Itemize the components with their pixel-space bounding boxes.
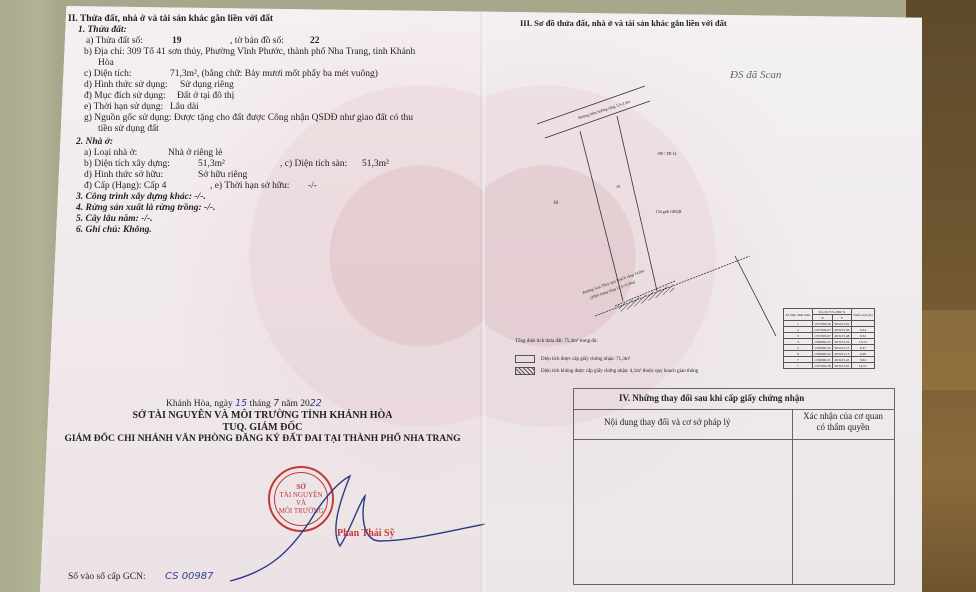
land-heading: 1. Thửa đất: <box>78 25 127 36</box>
house-type-value: Nhà ở riêng lẻ <box>168 148 222 159</box>
tuq-director: TUQ. GIÁM ĐỐC <box>40 422 485 433</box>
date-month-label: tháng <box>250 399 271 409</box>
floor-area-value: 51,3m² <box>362 159 389 170</box>
authority-confirm-header: Xác nhận của cơ quan <box>792 411 894 422</box>
table-cell: 603215,48 <box>833 333 852 339</box>
hatched-legend-icon <box>515 367 535 375</box>
table-cell: 603215,61 <box>833 321 852 327</box>
table-cell: 1356990,21 <box>812 357 832 363</box>
table-cell: 1357004,36 <box>812 363 832 369</box>
table-cell: 1 <box>784 363 813 369</box>
origin-cont: tiền sử dụng đất <box>98 124 159 135</box>
other-construction: 3. Công trình xây dựng khác: -/-. <box>76 192 206 203</box>
gcn-register-number: CS 00987 <box>165 571 214 582</box>
section-iii-title: III. Sơ đồ thửa đất, nhà ở và tài sản kh… <box>520 18 727 29</box>
signature-icon <box>190 461 485 591</box>
plain-legend-icon <box>515 355 535 363</box>
date-year: 22 <box>310 398 322 409</box>
notes: 6. Ghi chú: Không. <box>76 225 152 236</box>
change-content-header: Nội dung thay đổi và cơ sở pháp lý <box>604 417 731 428</box>
address-cont: Hòa <box>98 58 114 69</box>
legend-text: Diện tích không được cấp giấy chứng nhận… <box>541 369 698 374</box>
address: b) Địa chỉ: 309 Tổ 41 sơn thủy, Phường V… <box>84 47 415 58</box>
table-cell: 603215,61 <box>833 363 852 369</box>
left-neighbor-label: 18 <box>553 198 558 209</box>
changes-table-header-row: Nội dung thay đổi và cơ sở pháp lý Xác n… <box>574 409 894 440</box>
use-purpose-label: đ) Mục đích sử dụng: <box>84 91 166 102</box>
boundary-note: Chỉ giới GBQH <box>656 206 681 217</box>
col-header: Số hiệu đỉnh thửa <box>784 309 813 321</box>
table-cell: 1357004,36 <box>812 321 832 327</box>
date-day: 15 <box>235 398 247 409</box>
column-divider <box>792 409 793 584</box>
col-header: Chiều dài (m) <box>851 309 874 321</box>
planted-forest: 4. Rừng sản xuất là rừng trồng: -/-. <box>76 203 215 214</box>
use-form-value: Sử dụng riêng <box>180 80 234 91</box>
legend-certified-area: Diện tích được cấp giấy chứng nhận: 71,3… <box>515 354 630 365</box>
ownership-term-label: , e) Thời hạn sở hữu: <box>210 181 289 192</box>
use-term-value: Lâu dài <box>170 102 199 113</box>
build-area-label: b) Diện tích xây dựng: <box>84 159 170 170</box>
land-certificate-sheet: II. Thửa đất, nhà ở và tài sản khác gắn … <box>40 6 922 592</box>
director-title: GIÁM ĐỐC CHI NHÁNH VĂN PHÒNG ĐĂNG KÝ ĐẤT… <box>40 434 485 445</box>
area-label: c) Diện tích: <box>84 69 131 80</box>
date-prefix: Khánh Hòa, ngày <box>166 399 233 409</box>
gcn-register-label: Số vào sổ cấp GCN: <box>68 572 146 583</box>
house-grade: đ) Cấp (Hạng): Cấp 4 <box>84 181 166 192</box>
floor-area-label: , c) Diện tích sàn: <box>280 159 347 170</box>
area-value: 71,3m², (bằng chữ: Bảy mươi mốt phẩy ba … <box>170 69 378 80</box>
section-ii-title: II. Thửa đất, nhà ở và tài sản khác gắn … <box>68 14 273 25</box>
ownership-value: Sở hữu riêng <box>198 170 247 181</box>
total-area: Tổng diện tích thửa đất: 75,4m² trong đó… <box>515 336 598 347</box>
use-term-label: e) Thời hạn sử dụng: <box>84 102 163 113</box>
legend-text: Diện tích được cấp giấy chứng nhận: 71,3… <box>541 357 630 362</box>
issue-date: Khánh Hòa, ngày 15 tháng 7 năm 2022 <box>166 398 322 410</box>
table-cell: 1356990,42 <box>812 351 832 357</box>
house-type-label: a) Loại nhà ở: <box>84 148 137 159</box>
table-cell: 603215,50 <box>833 327 852 333</box>
use-purpose-value: Đất ở tại đô thị <box>177 91 234 102</box>
parcel-number: 19 <box>172 36 182 47</box>
legend-uncertified-area: Diện tích không được cấp giấy chứng nhận… <box>515 366 698 377</box>
ownership-label: d) Hình thức sở hữu: <box>84 170 163 181</box>
parcel-number-label: a) Thửa đất số: <box>86 36 143 47</box>
agency-name: SỞ TÀI NGUYÊN VÀ MÔI TRƯỜNG TỈNH KHÁNH H… <box>40 410 485 421</box>
left-page: II. Thửa đất, nhà ở và tài sản khác gắn … <box>40 6 485 592</box>
ownership-term-value: -/- <box>308 181 317 192</box>
table-cell: 1356992,35 <box>812 345 832 351</box>
coordinate-table: Số hiệu đỉnh thửaTọa độ VN-2000 XChiều d… <box>783 308 875 369</box>
map-sheet-label: , tờ bản đồ số: <box>230 36 284 47</box>
table-row: 11357004,36603215,6114,57 <box>784 363 875 369</box>
map-sheet-number: 22 <box>310 36 320 47</box>
section-iv-title: IV. Những thay đổi sau khi cấp giấy chứn… <box>619 393 804 404</box>
table-cell: 603215,15 <box>833 345 852 351</box>
table-cell: 603215,45 <box>833 357 852 363</box>
perennial-trees: 5. Cây lâu năm: -/-. <box>76 214 153 225</box>
build-area-value: 51,3m² <box>198 159 225 170</box>
changes-table-title-row: IV. Những thay đổi sau khi cấp giấy chứn… <box>574 389 894 410</box>
parcel-label: 19 <box>616 181 620 192</box>
table-cell: 1357005,97 <box>812 333 832 339</box>
use-form-label: d) Hình thức sử dụng: <box>84 80 168 91</box>
house-heading: 2. Nhà ở: <box>76 137 113 148</box>
date-month: 7 <box>273 398 279 409</box>
origin: g) Nguồn gốc sử dụng: Được tặng cho đất … <box>84 113 413 124</box>
changes-table: IV. Những thay đổi sau khi cấp giấy chứn… <box>573 388 895 585</box>
date-year-label: năm 20 <box>282 399 310 409</box>
neighbor-parcel-label: 198 / TĐ 14 <box>657 148 676 159</box>
table-cell: 14,57 <box>851 363 874 369</box>
authority-confirm-header-2: có thẩm quyền <box>792 422 894 433</box>
signer-name: Phan Thái Sỹ <box>337 528 395 539</box>
table-cell: 1357006,27 <box>812 327 832 333</box>
table-cell: 603215,52 <box>833 339 852 345</box>
table-cell: 603215,13 <box>833 351 852 357</box>
table-cell: 1356992,42 <box>812 339 832 345</box>
